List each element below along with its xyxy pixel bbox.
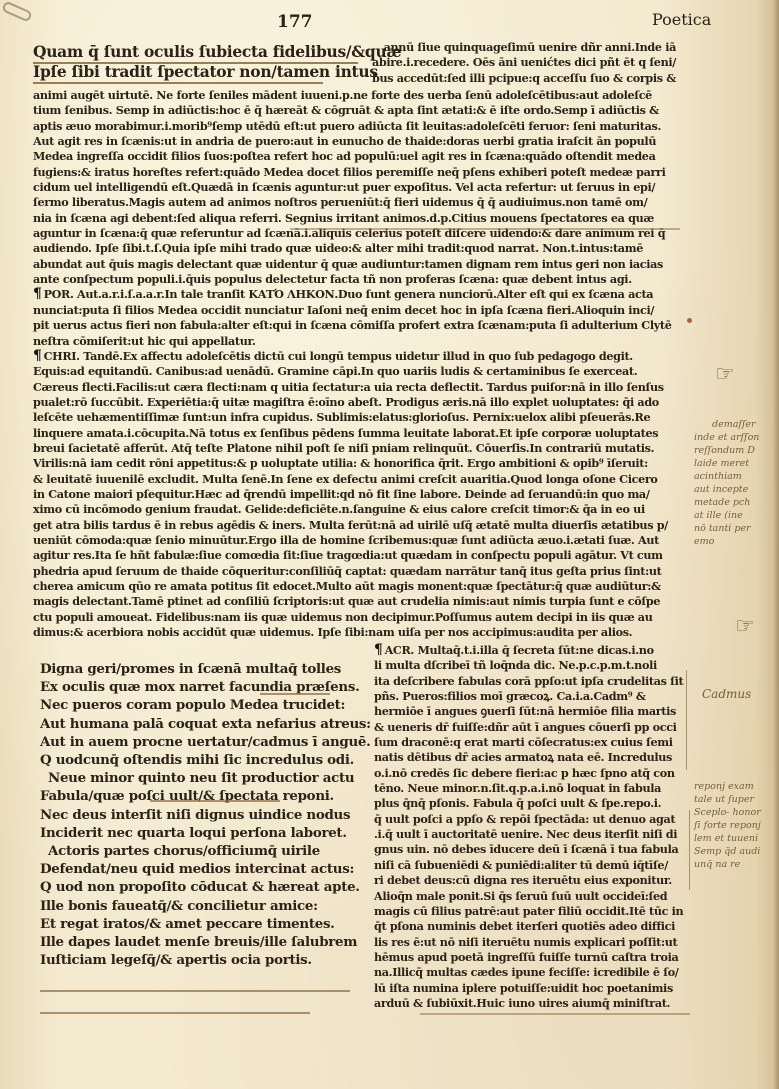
ink-stroke-mark [1,0,33,22]
commentary-line: o.i.nō credēs ſic debere fieri:ac p hæc … [374,766,684,781]
commentary-line: pñs. Pueros:filios moī græcoꝝ. Ca.i.a.Ca… [374,689,684,704]
commentary-line: ſum draconē:q erat marti cōſecratus:ex c… [374,735,684,750]
commentary-line: .i.q̄ uult ī auctoritatē uenire. Nec deu… [374,827,684,842]
commentary-line: neſtra cōmiſerit:ut hic qui appellatur. [33,334,678,349]
commentary-line: abire.i.recedere. Oēs āni uenićtes dici … [370,55,676,70]
commentary-line: phedria apud ſeruum de thaide cōqueritur… [33,564,678,579]
underline-mark [150,800,280,802]
commentary-line: pualet:rō ſuccūbit. Experiētia:q̄ uitæ m… [33,395,678,410]
marginal-note-1: demaſſer inde et arſſon reſſondum D laid… [694,418,759,548]
commentary-line: abundat aut q̄uis magis delectant quæ ui… [33,257,678,272]
commentary-main: animi augēt uirtutē. Ne forte ſeniles mā… [33,88,678,640]
commentary-line-section: ¶CHRI. Tandē.Ex affectu adoleſcētis dict… [33,349,678,364]
commentary-line-section: ¶ACR. Multaq̄.t.i.illa q̄ ſecreta ſūt:ne… [374,643,684,658]
verse-line: Defendat/neu quid medios intercinat actu… [40,860,350,878]
commentary-line: leſcēte uehæmentiſſimæ ſunt:un infra cup… [33,410,678,425]
commentary-line: linquere amata.i.cōcupita.Nā totus ex ſe… [33,426,678,441]
commentary-line: nia in ſcæna agi debent:ſed aliqua refer… [33,211,678,226]
commentary-line: Virilis:nā iam cedit rōni appetitus:& p … [33,456,678,471]
commentary-line: niſi cā ſubueniēdi & puniēdi:aliter tū d… [374,858,684,873]
commentary-line: agitur res.Ita ſe hñt fabulæ:ſiue comœdi… [33,548,678,563]
commentary-line: hermiōe ī angues ꝯuerſi ſūt:nā hermiōe f… [374,704,684,719]
verse-line: Aut humana palā coquat exta nefarius atr… [40,715,350,733]
verse-line: Nec deus interſit niſi dignus uindice no… [40,806,350,824]
commentary-line: nunciat:puta ſi filios Medea occidit nun… [33,303,678,318]
commentary-line: annū ſiue quinquageſimū uenire dñr anni.… [370,40,676,55]
commentary-line: na.Illicq̄ multas cædes ipune feciſſe: i… [374,965,684,980]
verse-line: Inciderit nec quarta loqui perſona labor… [40,824,350,842]
underline-mark [290,228,680,230]
underline-mark [33,62,358,64]
commentary-line: plus q̄nq̄ pſonis. Fabula q̄ poſci uult … [374,796,684,811]
verse-line: Ipſe ſibi tradit ſpectator non/tamen int… [33,62,363,82]
commentary-line: lū iſta numina iplere potuiſſe:uidit hoc… [374,981,684,996]
manicule-icon: ☞ [735,614,755,639]
commentary-line: ri debet deus:cū digna res iteruētu eius… [374,873,684,888]
commentary-line: & ueneris dr̄ fuiſſe:dñr aūt ī angues cō… [374,720,684,735]
commentary-line: arduū & ſubiūxit.Huic iuno uires aiumq̄ … [374,996,684,1011]
commentary-line: magis cū filius patrē:aut pater filiū oc… [374,904,684,919]
commentary-line: aptis æuo morabimur.i.morib⁹ſemp utēdū e… [33,119,678,134]
commentary-line: & leuitatē iuuenilē excludit. Multa ſenē… [33,472,678,487]
commentary-line: Aut agit res in ſcænis:ut in andria de p… [33,134,678,149]
pilcrow-icon: ¶ [374,643,383,658]
folio-number: 177 [277,12,313,32]
verse-line: Ille dapes laudet menſe breuis/ille ſalu… [40,933,350,951]
running-head: Poetica [652,10,711,29]
underline-mark [40,990,350,992]
commentary-line: animi augēt uirtutē. Ne forte ſeniles mā… [33,88,678,103]
commentary-line: ctu populi amoueat. Fidelibus:nam iis qu… [33,610,678,625]
verse-line: Digna geri/promes in ſcænā multaq̄ tolle… [40,660,350,678]
manicule-icon: ☞ [715,362,735,387]
pilcrow-icon: ¶ [33,349,42,364]
commentary-right-bottom: ¶ACR. Multaq̄.t.i.illa q̄ ſecreta ſūt:ne… [374,643,684,1011]
marginal-note-3: reponj exam tale ut ſuper Sceplo- honor … [694,780,761,871]
book-page: 177 Poetica Quam q̄ ſunt oculis ſubiecta… [0,0,779,1089]
commentary-line: tium ſenibus. Semp in adiūctis:hoc ē q̄ … [33,103,678,118]
underline-mark [40,1012,310,1014]
commentary-line: Equis:ad equitandū. Canibus:ad uenādū. G… [33,364,678,379]
verse-line: Aut in auem procne uertatur/cadmus ī ang… [40,733,350,751]
commentary-line: magis delectant.Tamē ptinet ad conſiliū … [33,594,678,609]
commentary-line: bus accedūt:ſed illi pcipue:q acceſſu ſu… [370,71,676,86]
commentary-line: gnus uin. nō debes īducere deū ī ſcænā ī… [374,842,684,857]
commentary-right-top: annū ſiue quinquageſimū uenire dñr anni.… [370,40,676,86]
commentary-line: Alioq̄n male ponit.Si q̄s ſeruū ſuū uult… [374,889,684,904]
commentary-line: q̄ uult poſci a ppſo & repōi ſpectāda: u… [374,812,684,827]
commentary-line: hēmus apud poetā ingreſſū fuiſſe turnū c… [374,950,684,965]
commentary-line: ueniūt cōmoda:quæ ſenio minuūtur.Ergo il… [33,533,678,548]
underline-mark [33,82,323,84]
verse-line: Q uod non propoſito cōducat & hæreat apt… [40,878,350,896]
commentary-line: ante conſpectum populi.i.q̄uis populus d… [33,272,678,287]
commentary-line: cherea amicum qūo re amata potitus ſit e… [33,579,678,594]
verse-line: Neue minor quinto neu ſit productior act… [40,769,350,787]
commentary-line: ſermo liberatus.Magis autem ad animos no… [33,195,678,210]
commentary-line: ita deſcribere fabulas corā ppſo:ut ipſa… [374,674,684,689]
commentary-line: breui ſacietatē afferūt. Atq̄ teſte Plat… [33,441,678,456]
verse-line: Q uodcunq̄ oſtendis mihi ſic incredulus … [40,751,350,769]
marginal-note-2: Cadmus [694,688,751,701]
verse-bottom-block: Digna geri/promes in ſcænā multaq̄ tolle… [40,660,350,969]
underline-mark [260,693,330,695]
verse-line: Fabula/quæ poſci uult/& ſpectata reponi. [40,787,350,805]
commentary-line: natis dētibus dr̄ acies armatoꝝ nata eē.… [374,750,684,765]
commentary-line: dimus:& acerbiora nobis accidūt quæ uide… [33,625,678,640]
commentary-line: lis res ē:ut nō niſi iteruētu numis expl… [374,935,684,950]
verse-line: Quam q̄ ſunt oculis ſubiecta fidelibus/&… [33,42,363,62]
commentary-line: ximo cū incōmodo genium fraudat. Gelide:… [33,502,678,517]
commentary-line: fugiens:& iratus horeſtes refert:quādo M… [33,165,678,180]
verse-line: Nec pueros coram populo Medea trucidet: [40,696,350,714]
page-edge-shadow [773,0,779,1089]
verse-line: Actoris partes chorus/officiumq̄ uirile [40,842,350,860]
commentary-line: tēno. Neue minor.n.ſit.q.p.a.i.nō loquat… [374,781,684,796]
commentary-line: Medea ingreſſa occidit filios ſuos:poſte… [33,149,678,164]
underline-mark [420,1013,690,1015]
commentary-line: Cæreus flecti.Facilis:ut cæra flecti:nam… [33,380,678,395]
verse-line: Iuſticiam legeſq̄/& apertis ocia portis. [40,951,350,969]
commentary-line: q̄t pſona numinis debet iterſeri quotiēs… [374,919,684,934]
pilcrow-icon: ¶ [33,287,42,302]
commentary-line: get atra bilis tardus ē in rebus agēdis … [33,518,678,533]
verse-line: Et regat iratos/& amet peccare timentes. [40,915,350,933]
verse-line: Ille bonis faueatq̄/& concilietur amice: [40,897,350,915]
commentary-line-section: ¶POR. Aut.a.r.i.ſ.a.a.r.In tale tranſit … [33,287,678,302]
commentary-line: in Catone maiori pſequitur.Hæc ad q̄rend… [33,487,678,502]
commentary-line: audiendo. Ipſe ſibi.t.ſ.Quia ipſe mihi t… [33,241,678,256]
commentary-line: cidum uel intelligendū eſt.Quædā in ſcæn… [33,180,678,195]
red-dot-mark [687,318,692,323]
commentary-line: pit uerus actus fieri non fabula:alter e… [33,318,678,333]
commentary-line: li multa dſcribeī tñ loq̄nda dic. Ne.p.c… [374,658,684,673]
bracket-mark [689,810,690,890]
bracket-mark [686,670,687,770]
